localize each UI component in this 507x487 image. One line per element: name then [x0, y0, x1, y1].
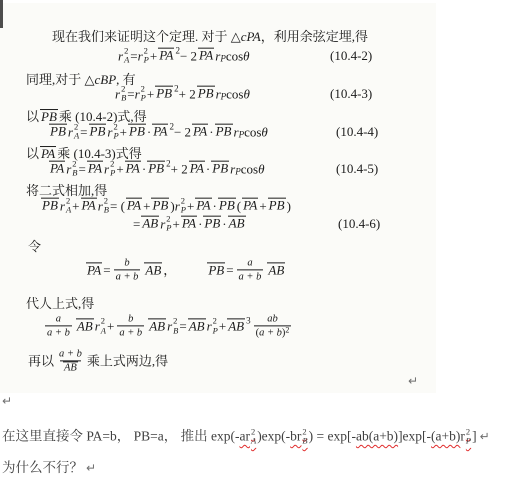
overline-term: PA — [192, 124, 208, 140]
text-run: + 2 — [171, 161, 188, 177]
stack-subscript: P — [166, 224, 171, 233]
stack-base: r — [175, 198, 180, 214]
stack-column: 2P — [466, 428, 471, 447]
superscript: 2 — [175, 46, 180, 57]
stack-column: 2P — [213, 317, 218, 336]
sup-sub-stack: 2B — [301, 428, 308, 447]
return-mark-after-image: ↵ — [408, 374, 418, 388]
text-run: ]exp[- — [398, 429, 431, 445]
text-run: + — [143, 198, 150, 214]
stack-column: 2A — [101, 317, 106, 336]
stack-base: r — [207, 318, 212, 334]
text-run: · — [142, 161, 146, 177]
stack-base: r — [115, 86, 120, 102]
sup-sub-stack: r2P — [135, 85, 147, 104]
equation-10-4-5: PAr2B = PAr2P + PA · PB2 + 2PA · PBrP co… — [48, 160, 264, 179]
italic-run: cBP — [95, 72, 117, 88]
overline-term: PB — [147, 161, 165, 177]
stack-column: 2P — [110, 160, 115, 179]
stack-column: 2A — [251, 428, 256, 447]
overline-term: PA — [152, 124, 168, 140]
spellcheck-flagged-text: ar — [239, 429, 250, 445]
italic-run: ab — [267, 313, 278, 324]
superscript: 2 — [166, 159, 171, 170]
overline-term: AB — [228, 216, 246, 232]
overline-term: AB — [141, 216, 159, 232]
stack-column: 2B — [302, 428, 307, 447]
sup-sub-stack: r2A — [95, 317, 107, 336]
stack-base: r — [68, 124, 73, 140]
equation-10-4-3: r2B = r2P + PB2 + 2PBrP cosθ(10.4-3) — [115, 85, 250, 104]
equation-10-4-6-row1: PBr2A + PAr2B = (PA + PB)r2P + PA · PB(P… — [40, 197, 291, 216]
fraction-denominator: AB — [60, 361, 81, 375]
sup-sub-stack: r2B — [167, 317, 179, 336]
definition-line: PA = ba + bAB，PB = aa + bAB — [85, 256, 286, 283]
text-run: 令 — [28, 239, 41, 255]
italic-run: a + b — [59, 348, 82, 359]
overline-term: AB — [148, 318, 166, 334]
overline-term: PA — [126, 198, 142, 214]
equation-number: (10.4-5) — [336, 161, 378, 177]
stack-column: 2P — [113, 123, 118, 142]
italic-run: b — [128, 313, 133, 324]
text-run: )exp(- — [257, 429, 290, 445]
text-run: + — [219, 318, 226, 334]
fraction: aa + b — [237, 256, 264, 283]
sup-sub-stack: r2A — [118, 47, 130, 66]
text-run: = — [179, 318, 186, 334]
text-run: · — [147, 124, 151, 140]
document-page: 现在我们来证明这个定理. 对于 △cPA，利用余弦定埋,得r2A = r2P +… — [0, 0, 507, 487]
subscript: P — [221, 92, 227, 103]
stack-column: 2B — [104, 197, 109, 216]
overline-term: PA — [87, 161, 103, 177]
stack-subscript: B — [104, 206, 109, 215]
stack-base: r — [104, 161, 109, 177]
overline-term: AB — [267, 262, 285, 278]
text-run: + — [107, 318, 114, 334]
overline-term: AB — [227, 318, 245, 334]
text-run: + — [173, 216, 180, 232]
fraction-numerator: b — [126, 312, 135, 325]
overline-term: AB — [63, 362, 78, 375]
italic-run: θ — [244, 86, 250, 102]
sup-sub-stack: r2P — [104, 160, 116, 179]
overline-term: AB — [144, 262, 162, 278]
sup-sub-stack: 2A — [250, 428, 257, 447]
italic-run: cPA — [241, 29, 261, 45]
stack-subscript: B — [72, 169, 77, 178]
stack-subscript: A — [101, 326, 106, 335]
stack-base: r — [66, 161, 71, 177]
spellcheck-flagged-text: ab(a+b) — [356, 429, 398, 445]
typed-question-line: 在这里直接令 PA=b， PB=a， 推出 exp(-ar2A)exp(-br2… — [2, 428, 490, 447]
fraction-denominator: a + b — [237, 270, 264, 284]
italic-run: a + b — [116, 272, 139, 283]
ling-line: 令 — [28, 239, 41, 255]
stack-base: r — [167, 318, 172, 334]
text-run: 乘上式两边,得 — [87, 353, 168, 369]
text-run: = — [130, 48, 137, 64]
stack-base: r — [135, 86, 140, 102]
text-run: · — [213, 198, 217, 214]
sup-sub-stack: r2B — [115, 85, 127, 104]
italic-run: θ — [243, 48, 249, 64]
equation-number: (10.4-2) — [330, 48, 372, 64]
overline-term: PA — [189, 161, 205, 177]
stack-column: 2A — [66, 197, 71, 216]
fraction-numerator: a — [54, 312, 63, 325]
text-run: 在这里直接令 PA=b， PB=a， 推出 exp(- — [2, 429, 239, 445]
fraction: ba + b — [117, 312, 144, 339]
sup-sub-stack: r2P — [160, 215, 172, 234]
equation-number: (10.4-3) — [330, 86, 372, 102]
stack-subscript: P — [213, 326, 218, 335]
fraction-denominator: a + b — [114, 270, 141, 284]
text-run: 代人上式,得 — [26, 296, 94, 312]
fraction-denominator: a + b — [45, 326, 72, 340]
text-run: cos — [241, 161, 258, 177]
typed-why-line: 为什么不行？ ↵ — [2, 460, 96, 476]
overline-term: PB — [218, 198, 236, 214]
italic-run: a — [247, 257, 252, 268]
stack-column: 2P — [166, 215, 171, 234]
stack-subscript: P — [144, 56, 149, 65]
stack-column: 2P — [144, 47, 149, 66]
text-run: ， — [163, 262, 176, 278]
sup-sub-stack: r2A — [60, 197, 72, 216]
scan-edge-artifact — [0, 0, 3, 28]
long-equation-line: aa + bABr2A + ba + bABr2B = ABr2P + AB3a… — [42, 312, 294, 339]
text-run: 再以 — [28, 353, 54, 369]
stack-subscript: A — [74, 132, 79, 141]
return-mark-icon: ↵ — [480, 430, 490, 444]
text-run: 以 — [26, 146, 39, 162]
equation-10-4-4: PBr2A = PBr2P + PB · PA2 − 2PA · PBrP co… — [48, 123, 268, 142]
text-run: + — [116, 161, 123, 177]
overline-term: PA — [242, 198, 258, 214]
overline-term: AB — [76, 318, 94, 334]
sup-sub-stack: r2P — [207, 317, 219, 336]
stack-subscript: P — [110, 169, 115, 178]
text-run: = — [103, 262, 110, 278]
overline-term: PA — [181, 216, 197, 232]
overline-term: PA — [158, 48, 174, 64]
fraction-numerator: a + b — [57, 347, 84, 360]
text-run: − 2 — [180, 48, 197, 64]
overline-term: PB — [49, 124, 67, 140]
overline-term: PB — [211, 161, 229, 177]
equation-10-4-2: r2A = r2P + PA2 − 2PArP cosθ(10.4-2) — [118, 47, 250, 66]
italic-run: a + b — [47, 328, 70, 339]
overline-term: PB — [215, 124, 233, 140]
italic-run: b — [124, 257, 129, 268]
italic-run: θ — [258, 161, 264, 177]
text-run: cos — [226, 86, 243, 102]
sup-sub-stack: r2P — [175, 197, 187, 216]
text-run: 为什么不行？ — [2, 460, 83, 476]
stack-base: r — [95, 318, 100, 334]
stack-column: 2B — [121, 85, 126, 104]
text-run: ) = exp[- — [309, 429, 356, 445]
sup-sub-stack: r2P — [107, 123, 119, 142]
fraction-numerator: a — [245, 256, 254, 269]
return-mark-empty-paragraph: ↵ — [2, 394, 12, 408]
overline-term: PB — [151, 198, 169, 214]
stack-column: 2B — [72, 160, 77, 179]
overline-term: PB — [41, 198, 59, 214]
stack-column: 2P — [181, 197, 186, 216]
italic-run: a + b — [239, 272, 262, 283]
overline-term: PB — [89, 124, 107, 140]
text-run: 同理,对于 △ — [26, 72, 95, 88]
stack-subscript: P — [466, 437, 471, 446]
text-run: + — [120, 124, 127, 140]
multiply-both-sides-line: 再以 a + bAB 乘上式两边,得 — [28, 347, 168, 374]
sup-sub-stack: r2B — [98, 197, 110, 216]
overline-term: AB — [188, 318, 206, 334]
text-run: 以 — [26, 109, 39, 125]
text-run: 现在我们来证明这个定理. 对于 △ — [52, 29, 241, 45]
stack-subscript: A — [66, 206, 71, 215]
stack-column: 2P — [141, 85, 146, 104]
fraction-denominator: (a + b)2 — [254, 326, 292, 340]
overline-term: PA — [195, 198, 211, 214]
stack-base: r — [60, 198, 65, 214]
stack-base: r — [98, 198, 103, 214]
text-run: − 2 — [174, 124, 191, 140]
superscript: 2 — [285, 326, 289, 335]
subscript: P — [239, 130, 245, 141]
italic-run: a — [56, 313, 61, 324]
text-run: = — [80, 124, 87, 140]
fraction-numerator: b — [122, 256, 131, 269]
stack-subscript: B — [121, 94, 126, 103]
italic-run: a + b — [259, 328, 282, 339]
sup-sub-stack: r2A — [68, 123, 80, 142]
text-run: = — [127, 86, 134, 102]
stack-subscript: P — [113, 132, 118, 141]
text-run: + — [147, 86, 154, 102]
fraction: ab(a + b)2 — [254, 312, 292, 339]
stack-subscript: A — [124, 56, 129, 65]
italic-run: θ — [261, 124, 267, 140]
text-run: = — [133, 216, 140, 232]
superscript: 3 — [246, 316, 251, 327]
overline-term: PB — [268, 198, 286, 214]
equation-number: (10.4-6) — [338, 216, 380, 232]
overline-term: PB — [203, 216, 221, 232]
stack-base: r — [107, 124, 112, 140]
sup-sub-stack: r2P — [138, 47, 150, 66]
overline-term: PB — [128, 124, 146, 140]
fraction: a + bAB — [57, 347, 84, 374]
text-run: = — [226, 262, 233, 278]
text-run: + — [150, 48, 157, 64]
italic-run: a + b — [119, 328, 142, 339]
stack-subscript: P — [141, 94, 146, 103]
sup-sub-stack: r2B — [66, 160, 78, 179]
text-run: + — [72, 198, 79, 214]
text-run: + — [187, 198, 194, 214]
overline-term: PA — [86, 262, 102, 278]
text-run: ) — [287, 198, 291, 214]
text-run: cos — [244, 124, 261, 140]
fraction-numerator: ab — [265, 312, 280, 325]
stack-subscript: A — [251, 437, 256, 446]
spellcheck-flagged-text: br — [290, 429, 301, 445]
equation-number: (10.4-4) — [336, 124, 378, 140]
sup-sub-stack: 2P — [465, 428, 472, 447]
overline-term: PA — [125, 161, 141, 177]
stack-column: 2A — [74, 123, 79, 142]
spellcheck-flagged-text: (a+b) — [431, 429, 460, 445]
superscript: 2 — [169, 122, 174, 133]
overline-term: PA — [81, 198, 97, 214]
superscript: 2 — [174, 84, 179, 95]
stack-column: 2A — [124, 47, 129, 66]
overline-term: PB — [197, 86, 215, 102]
subscript: P — [220, 54, 226, 65]
stack-base: r — [138, 48, 143, 64]
fraction: aa + b — [45, 312, 72, 339]
equation-10-4-6-row2: = ABr2P + PA · PB · AB(10.4-6) — [133, 215, 247, 234]
intro-line: 现在我们来证明这个定理. 对于 △cPA，利用余弦定埋,得 — [52, 29, 368, 45]
text-run: · — [206, 161, 210, 177]
text-run: · — [209, 124, 213, 140]
return-mark-icon: ↵ — [86, 461, 96, 475]
text-run: = ( — [110, 198, 125, 214]
stack-column: 2B — [173, 317, 178, 336]
text-run: ，利用余弦定埋,得 — [261, 29, 368, 45]
overline-term: PA — [198, 48, 214, 64]
text-run: ( — [237, 198, 241, 214]
text-run: = — [78, 161, 85, 177]
subscript: P — [235, 167, 241, 178]
fraction-denominator: a + b — [117, 326, 144, 340]
text-run: + 2 — [179, 86, 196, 102]
stack-base: r — [160, 216, 165, 232]
stack-subscript: B — [302, 437, 307, 446]
overline-term: PB — [207, 262, 225, 278]
stack-subscript: B — [173, 326, 178, 335]
overline-term: PA — [49, 161, 65, 177]
fraction: ba + b — [114, 256, 141, 283]
text-run: ] — [472, 429, 477, 445]
text-run: + — [259, 198, 266, 214]
text-run: cos — [226, 48, 243, 64]
text-run: · — [222, 216, 226, 232]
substitute-line: 代人上式,得 — [26, 296, 94, 312]
text-run: · — [198, 216, 202, 232]
stack-base: r — [118, 48, 123, 64]
overline-term: PB — [155, 86, 173, 102]
